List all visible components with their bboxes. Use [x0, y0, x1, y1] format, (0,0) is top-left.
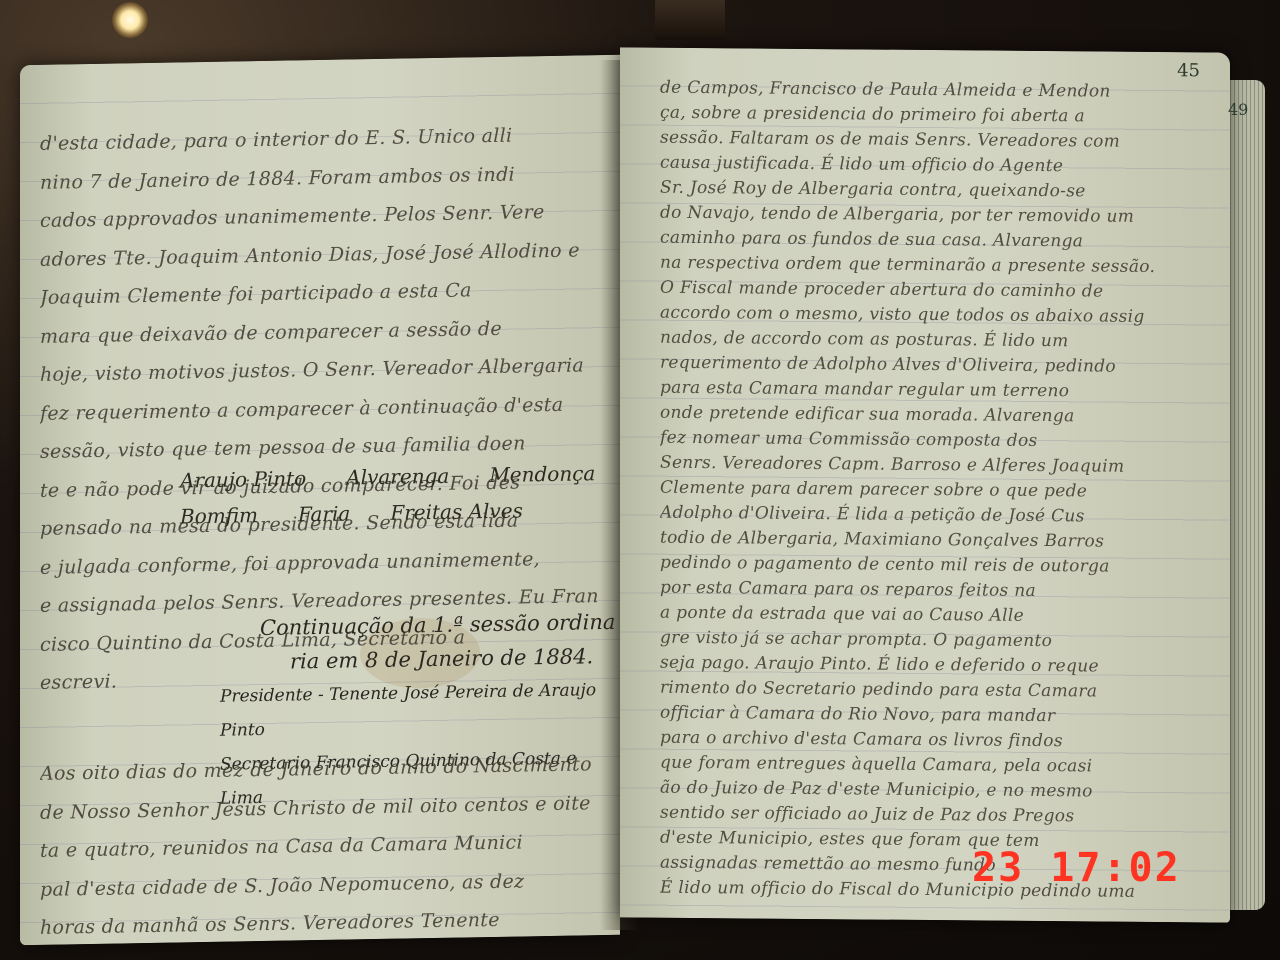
signature: Bomfim	[180, 497, 258, 534]
book-spine	[655, 0, 725, 40]
left-page: d'esta cidade, para o interior do E. S. …	[20, 55, 620, 945]
left-page-text-lower: Aos oito dias do mez de Janeiro do anno …	[40, 745, 600, 947]
signature: Mendonça	[489, 455, 595, 493]
signatures: Araujo Pinto Alvarenga Mendonça Bomfim F…	[180, 455, 595, 534]
right-page-text: de Campos, Francisco de Paula Almeida e …	[660, 76, 1220, 906]
right-page: 45 de Campos, Francisco de Paula Almeida…	[620, 47, 1230, 922]
signature: Araujo Pinto	[180, 460, 306, 498]
president-line: Presidente - Tenente José Pereira de Ara…	[220, 673, 620, 748]
signature: Freitas Alves	[390, 492, 523, 530]
signature: Faria	[298, 495, 350, 532]
page-number: 45	[1177, 60, 1200, 81]
signature: Alvarenga	[346, 458, 449, 496]
open-ledger: d'esta cidade, para o interior do E. S. …	[0, 40, 1280, 960]
next-page-number: 49	[1228, 100, 1248, 119]
camera-timestamp: 23 17:02	[972, 845, 1181, 891]
lamp-light	[112, 2, 148, 38]
